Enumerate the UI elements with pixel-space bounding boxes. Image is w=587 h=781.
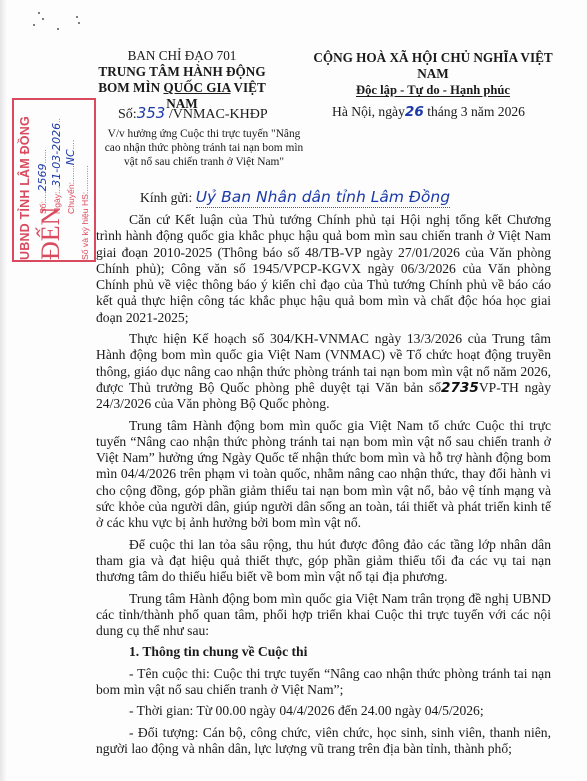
section-heading: 1. Thông tin chung về Cuộc thi xyxy=(96,644,551,660)
stamp-den: ĐẾN xyxy=(38,207,64,260)
paragraph-purpose: Để cuộc thi lan tỏa sâu rộng, thu hút đư… xyxy=(96,537,551,586)
scan-specks xyxy=(30,10,100,40)
issuer-line1: BAN CHỈ ĐẠO 701 xyxy=(82,48,282,64)
national-title: CỘNG HOÀ XÃ HỘI CHỦ NGHĨA VIỆT NAM xyxy=(298,50,568,82)
paragraph-request: Trung tâm Hành động bom mìn quốc gia Việ… xyxy=(96,591,551,640)
document-date: Hà Nội, ngày26 tháng 3 năm 2026 xyxy=(332,104,525,120)
paragraph-plan: Thực hiện Kế hoạch số 304/KH-VNMAC ngày … xyxy=(96,331,551,412)
issuer-header: BAN CHỈ ĐẠO 701 TRUNG TÂM HÀNH ĐỘNG BOM … xyxy=(82,48,282,112)
bullet-audience: - Đối tượng: Cán bộ, công chức, viên chứ… xyxy=(96,725,551,758)
received-stamp: UBND TỈNH LÂM ĐỒNG ĐẾN Số:....2569......… xyxy=(4,98,104,268)
recipient-line: Kính gửi: Uỷ Ban Nhân dân tỉnh Lâm Đồng xyxy=(140,188,450,206)
paragraph-contest: Trung tâm Hành động bom mìn quốc gia Việ… xyxy=(96,418,551,532)
stamp-border: UBND TỈNH LÂM ĐỒNG ĐẾN Số:....2569......… xyxy=(12,98,96,262)
stamp-fields: Số:....2569...... Ngày:..31-03-2026.. Ch… xyxy=(36,118,78,214)
stamp-title: UBND TỈNH LÂM ĐỒNG xyxy=(18,116,32,260)
document-page: BAN CHỈ ĐẠO 701 TRUNG TÂM HÀNH ĐỘNG BOM … xyxy=(0,0,587,781)
bullet-time: - Thời gian: Từ 00.00 ngày 04/4/2026 đến… xyxy=(96,703,551,719)
document-number: Số:353 /VNMAC-KHĐP xyxy=(118,104,268,123)
national-motto: Độc lập - Tự do - Hạnh phúc xyxy=(298,82,568,98)
stamp-file-code: Số và ký hiệu HS:........... xyxy=(80,165,90,260)
national-header: CỘNG HOÀ XÃ HỘI CHỦ NGHĨA VIỆT NAM Độc l… xyxy=(298,50,568,98)
document-body: Căn cứ Kết luận của Thủ tướng Chính phủ … xyxy=(96,212,551,762)
paragraph-legal-basis: Căn cứ Kết luận của Thủ tướng Chính phủ … xyxy=(96,212,551,326)
handwritten-doc-number: 2735 xyxy=(441,380,479,396)
handwritten-number: 353 xyxy=(137,104,166,122)
handwritten-day: 26 xyxy=(405,104,424,120)
handwritten-recipient: Uỷ Ban Nhân dân tỉnh Lâm Đồng xyxy=(196,188,450,208)
bullet-name: - Tên cuộc thi: Cuộc thi trực tuyến “Nân… xyxy=(96,666,551,699)
document-subject: V/v hưởng ứng Cuộc thi trực tuyến "Nâng … xyxy=(100,127,308,169)
issuer-line2: TRUNG TÂM HÀNH ĐỘNG xyxy=(82,64,282,80)
